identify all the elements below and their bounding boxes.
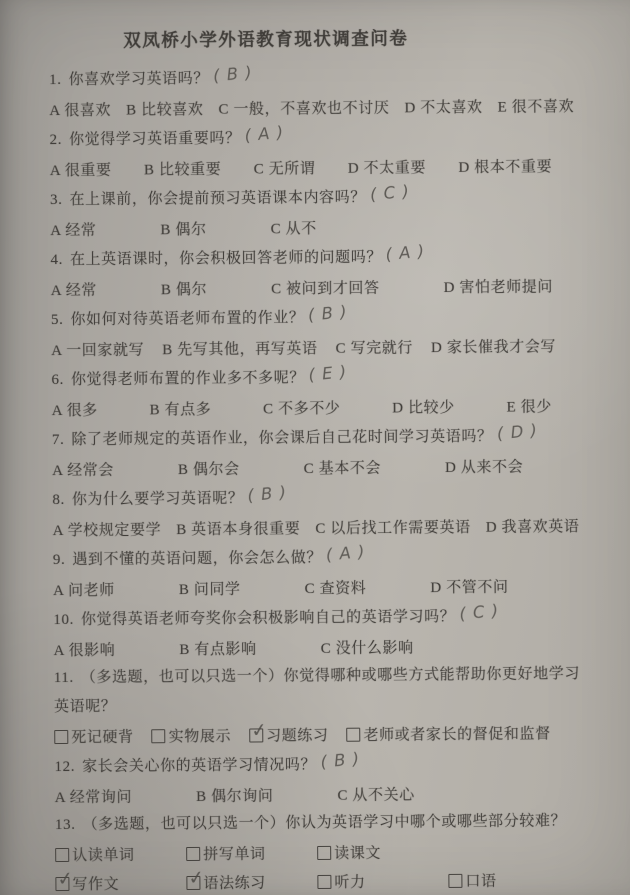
- checkbox-icon: [317, 875, 331, 889]
- question-text: 在上英语课时，你会积极回答老师的问题吗？: [70, 249, 382, 267]
- question-number: 8.: [52, 492, 65, 508]
- option-item: C 不多不少: [263, 397, 341, 419]
- checkbox-option: ✓写作文: [55, 872, 186, 894]
- question-line: 13.（多选题，也可以只选一个）你认为英语学习中哪个或哪些部分较难？: [55, 807, 585, 840]
- option-item: B 有点多: [150, 398, 212, 419]
- option-item: A 很重要: [50, 159, 112, 180]
- options-row: A 很重要B 比较重要C 无所谓D 不太重要D 根本不重要: [50, 151, 580, 184]
- checkbox-option: 读课文: [317, 841, 448, 863]
- option-item: A 问老师: [53, 579, 115, 600]
- question-block: 5.你如何对待英语老师布置的作业？( B )A 一回家就写B 先写其他，再写英语…: [51, 300, 581, 364]
- question-block: 11.（多选题，也可以只选一个）你觉得哪种或哪些方式能帮助你更好地学习英语呢？死…: [54, 660, 585, 751]
- option-item: C 基本不会: [304, 456, 382, 478]
- checkbox-icon: [152, 729, 166, 743]
- handwritten-answer: ( A ): [325, 537, 367, 570]
- pencil-checkmark-icon: ✓: [250, 719, 269, 743]
- option-item: D 比较少: [392, 396, 455, 417]
- checkbox-label: 听力: [334, 871, 365, 892]
- question-number: 5.: [51, 312, 64, 328]
- option-item: D 害怕老师提问: [444, 275, 554, 297]
- question-line: 7.除了老师规定的英语作业，你会课后自己花时间学习英语吗？( D ): [52, 420, 582, 455]
- checkbox-option: 认读单词: [55, 843, 186, 865]
- checkbox-option: 死记硬背: [54, 725, 134, 747]
- checkbox-icon: [317, 846, 331, 860]
- options-row: A 经常会B 偶尔会C 基本不会D 从来不会: [52, 451, 582, 484]
- question-text: 你为什么要学习英语呢？: [72, 491, 244, 508]
- question-block: 7.除了老师规定的英语作业，你会课后自己花时间学习英语吗？( D )A 经常会B…: [52, 420, 582, 484]
- checkbox-label: 实物展示: [169, 725, 232, 746]
- handwritten-answer: ( D ): [495, 416, 539, 449]
- handwritten-answer: ( C ): [369, 177, 411, 210]
- question-number: 13.: [55, 817, 76, 833]
- checkbox-label: 死记硬背: [71, 725, 134, 746]
- checkbox-checked-icon: ✓: [249, 728, 263, 742]
- question-line: 3.在上课前，你会提前预习英语课本内容吗？( C ): [50, 180, 580, 215]
- question-block: 6.你觉得老师布置的作业多不多呢？( E )A 很多B 有点多C 不多不少D 比…: [51, 360, 581, 424]
- photographed-questionnaire-paper: 双凤桥小学外语教育现状调查问卷 1.你喜欢学习英语吗？( B )A 很喜欢B 比…: [0, 0, 630, 895]
- option-item: A 很影响: [53, 639, 115, 660]
- pencil-checkmark-icon: ✓: [187, 866, 206, 890]
- question-block: 13.（多选题，也可以只选一个）你认为英语学习中哪个或哪些部分较难？认读单词拼写…: [55, 807, 586, 895]
- checkbox-option: 实物展示: [152, 725, 232, 747]
- checkbox-icon: [54, 730, 68, 744]
- question-block: 3.在上课前，你会提前预习英语课本内容吗？( C )A 经常B 偶尔C 从不: [50, 180, 580, 244]
- option-item: E 很不喜欢: [498, 95, 575, 117]
- option-item: C 从不关心: [337, 783, 415, 805]
- option-item: C 被问到才回答: [271, 276, 380, 298]
- question-text: 遇到不懂的英语问题，你会怎么做？: [72, 550, 322, 568]
- option-item: B 偶尔: [160, 218, 206, 239]
- question-line: 9.遇到不懂的英语问题，你会怎么做？( A ): [53, 540, 583, 575]
- option-item: D 不太喜欢: [404, 96, 482, 118]
- handwritten-answer: ( B ): [319, 744, 361, 777]
- checkbox-label: 读课文: [334, 841, 381, 862]
- checkbox-option: ✓语法练习: [186, 871, 317, 893]
- question-text: 你觉得英语老师夸奖你会积极影响自己的英语学习吗？: [81, 609, 456, 628]
- option-item: A 经常: [51, 279, 97, 300]
- question-line: 5.你如何对待英语老师布置的作业？( B ): [51, 300, 581, 335]
- question-number: 11.: [54, 670, 74, 686]
- checkbox-option: 拼写单词: [186, 842, 317, 864]
- question-line: 8.你为什么要学习英语呢？( B ): [52, 480, 582, 515]
- option-item: D 家长催我才会写: [431, 335, 556, 357]
- checkbox-label: 写作文: [72, 873, 119, 894]
- option-item: B 偶尔询问: [196, 784, 274, 806]
- options-row: A 问老师B 问同学C 查资料D 不管不问: [53, 571, 583, 604]
- option-item: C 以后找工作需要英语: [315, 516, 471, 538]
- question-number: 2.: [50, 132, 63, 148]
- option-item: B 比较喜欢: [126, 98, 204, 120]
- option-item: A 很喜欢: [49, 99, 111, 120]
- option-item: C 从不: [270, 217, 316, 238]
- question-block: 4.在上英语课时，你会积极回答老师的问题吗？( A )A 经常B 偶尔C 被问到…: [50, 240, 580, 304]
- question-number: 6.: [51, 372, 64, 388]
- checkbox-label: 拼写单词: [203, 842, 266, 863]
- option-item: D 不太重要: [348, 156, 426, 178]
- option-item: A 学校规定要学: [53, 518, 162, 540]
- checkbox-label: 老师或者家长的督促和监督: [363, 722, 550, 744]
- option-item: B 偶尔会: [178, 458, 240, 479]
- checkbox-option: 口语: [448, 869, 579, 891]
- option-item: D 不管不问: [430, 575, 508, 597]
- question-block: 10.你觉得英语老师夸奖你会积极影响自己的英语学习吗？( C )A 很影响B 有…: [53, 600, 583, 664]
- question-block: 8.你为什么要学习英语呢？( B )A 学校规定要学B 英语本身很重要C 以后找…: [52, 480, 582, 544]
- handwritten-answer: ( B ): [212, 58, 254, 91]
- handwritten-answer: ( E ): [308, 357, 349, 390]
- question-text: 在上课前，你会提前预习英语课本内容吗？: [69, 190, 366, 208]
- checkbox-row: 认读单词拼写单词读课文: [55, 836, 585, 869]
- options-row: A 学校规定要学B 英语本身很重要C 以后找工作需要英语D 我喜欢英语: [53, 511, 583, 544]
- option-item: C 写完就行: [336, 336, 414, 358]
- option-item: A 很多: [52, 399, 98, 420]
- checkbox-option: ✓习题练习: [249, 724, 329, 746]
- handwritten-answer: ( B ): [307, 297, 349, 330]
- checkbox-row: 死记硬背实物展示✓习题练习老师或者家长的督促和监督: [54, 718, 584, 751]
- checkbox-row: ✓写作文✓语法练习听力口语: [55, 865, 585, 895]
- checkbox-option: 老师或者家长的督促和监督: [346, 722, 550, 745]
- question-line: 2.你觉得学习英语重要吗？( A ): [49, 120, 579, 155]
- question-number: 3.: [50, 192, 63, 208]
- question-text: （多选题，也可以只选一个）你觉得哪种或哪些方式能帮助你更好地学习英语呢？: [54, 666, 580, 715]
- question-number: 9.: [53, 552, 66, 568]
- options-row: A 经常B 偶尔C 从不: [50, 211, 580, 244]
- options-row: A 很影响B 有点影响C 没什么影响: [53, 631, 583, 664]
- pencil-checkmark-icon: ✓: [56, 867, 75, 891]
- question-line: 12.家长会关心你的英语学习情况吗？( B ): [54, 747, 584, 782]
- option-item: B 有点影响: [179, 637, 257, 659]
- page-title: 双凤桥小学外语教育现状调查问卷: [0, 0, 581, 61]
- question-number: 12.: [54, 759, 75, 775]
- question-number: 7.: [52, 432, 65, 448]
- checkbox-label: 口语: [465, 870, 496, 891]
- option-item: A 一回家就写: [51, 338, 144, 360]
- option-item: A 经常会: [52, 459, 114, 480]
- checkbox-icon: [448, 874, 462, 888]
- handwritten-answer: ( A ): [243, 118, 285, 151]
- question-text: 你如何对待英语老师布置的作业？: [70, 310, 304, 328]
- handwritten-answer: ( B ): [246, 478, 288, 511]
- question-line: 1.你喜欢学习英语吗？( B ): [49, 60, 579, 95]
- option-item: E 很少: [506, 395, 551, 416]
- question-block: 2.你觉得学习英语重要吗？( A )A 很重要B 比较重要C 无所谓D 不太重要…: [49, 120, 579, 184]
- option-item: C 无所谓: [254, 157, 316, 178]
- handwritten-answer: ( A ): [385, 236, 427, 269]
- checkbox-label: 语法练习: [203, 871, 266, 892]
- options-row: A 经常询问B 偶尔询问C 从不关心: [55, 778, 585, 811]
- question-block: 9.遇到不懂的英语问题，你会怎么做？( A )A 问老师B 问同学C 查资料D …: [53, 540, 583, 604]
- option-item: B 问同学: [179, 578, 241, 599]
- question-block: 12.家长会关心你的英语学习情况吗？( B )A 经常询问B 偶尔询问C 从不关…: [54, 747, 584, 811]
- question-text: 你觉得老师布置的作业多不多呢？: [71, 370, 305, 388]
- checkbox-icon: [186, 847, 200, 861]
- checkbox-checked-icon: ✓: [55, 877, 69, 891]
- question-number: 1.: [49, 72, 62, 88]
- question-number: 4.: [50, 252, 63, 268]
- questions: 1.你喜欢学习英语吗？( B )A 很喜欢B 比较喜欢C 一般，不喜欢也不讨厌D…: [0, 56, 630, 895]
- question-text: 除了老师规定的英语作业，你会课后自己花时间学习英语吗？: [71, 429, 492, 448]
- option-item: D 根本不重要: [458, 155, 552, 177]
- question-text: 你觉得学习英语重要吗？: [69, 131, 241, 148]
- option-item: C 一般，不喜欢也不讨厌: [218, 96, 389, 118]
- question-text: 家长会关心你的英语学习情况吗？: [82, 757, 316, 775]
- checkbox-icon: [55, 848, 69, 862]
- options-row: A 很喜欢B 比较喜欢C 一般，不喜欢也不讨厌D 不太喜欢E 很不喜欢: [49, 91, 579, 124]
- checkbox-label: 习题练习: [266, 724, 329, 745]
- checkbox-checked-icon: ✓: [186, 876, 200, 890]
- checkbox-icon: [346, 728, 360, 742]
- question-line: 11.（多选题，也可以只选一个）你觉得哪种或哪些方式能帮助你更好地学习英语呢？: [54, 660, 584, 722]
- option-item: A 经常: [50, 219, 96, 240]
- option-item: B 比较重要: [144, 158, 222, 180]
- option-item: A 经常询问: [55, 785, 133, 807]
- option-item: B 英语本身很重要: [176, 517, 300, 539]
- question-line: 4.在上英语课时，你会积极回答老师的问题吗？( A ): [50, 240, 580, 275]
- question-block: 1.你喜欢学习英语吗？( B )A 很喜欢B 比较喜欢C 一般，不喜欢也不讨厌D…: [49, 60, 579, 124]
- question-text: （多选题，也可以只选一个）你认为英语学习中哪个或哪些部分较难？: [82, 813, 566, 833]
- question-line: 6.你觉得老师布置的作业多不多呢？( E ): [51, 360, 581, 395]
- question-number: 10.: [53, 612, 74, 628]
- question-line: 10.你觉得英语老师夸奖你会积极影响自己的英语学习吗？( C ): [53, 600, 583, 635]
- question-text: 你喜欢学习英语吗？: [68, 71, 209, 88]
- option-item: B 先写其他，再写英语: [162, 337, 318, 359]
- handwritten-answer: ( C ): [458, 596, 500, 629]
- option-item: D 从来不会: [445, 455, 523, 477]
- option-item: D 我喜欢英语: [486, 515, 580, 537]
- checkbox-label: 认读单词: [72, 843, 135, 864]
- option-item: C 没什么影响: [321, 636, 414, 658]
- option-item: C 查资料: [305, 577, 367, 598]
- option-item: B 偶尔: [161, 278, 207, 299]
- checkbox-option: 听力: [317, 870, 448, 892]
- page-content: 双凤桥小学外语教育现状调查问卷 1.你喜欢学习英语吗？( B )A 很喜欢B 比…: [0, 0, 630, 895]
